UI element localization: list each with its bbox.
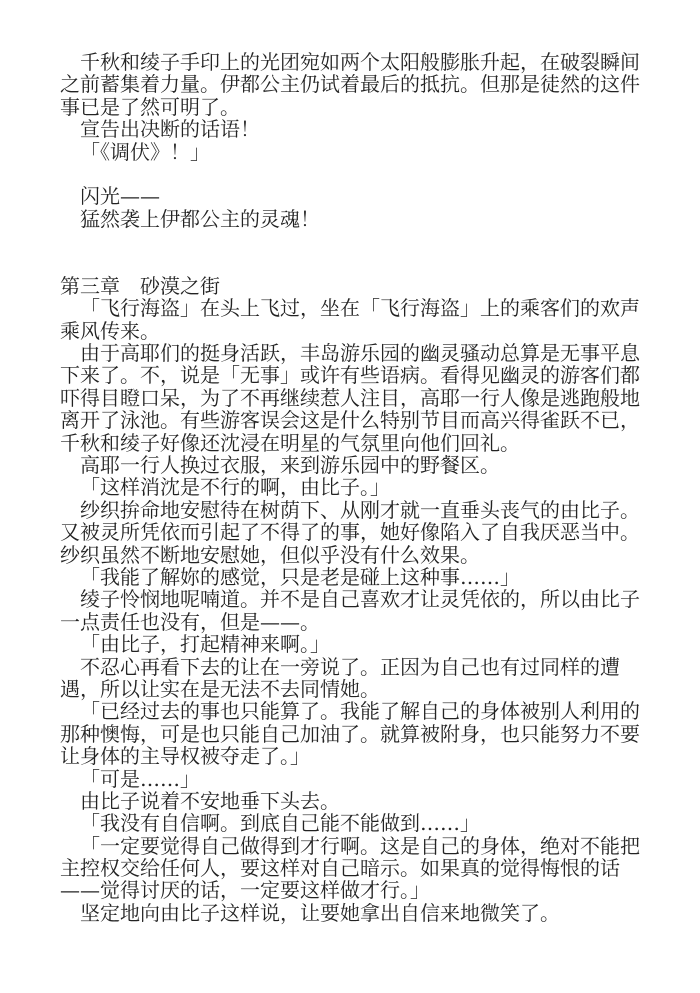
text-line: 「这样消沈是不行的啊，由比子。」	[60, 476, 644, 498]
text-line: 猛然袭上伊都公主的灵魂！	[60, 208, 644, 230]
body-text: 千秋和绫子手印上的光团宛如两个太阳般膨胀升起，在破裂瞬间之前蓄集着力量。伊都公主…	[60, 51, 644, 924]
text-line: 「已经过去的事也只能算了。我能了解自己的身体被别人利用的	[60, 700, 644, 722]
text-line: 「我能了解妳的感觉，只是老是碰上这种事……」	[60, 566, 644, 588]
text-line: 宣告出决断的话语！	[60, 118, 644, 140]
chapter-heading: 第三章 砂漠之街	[60, 275, 644, 297]
text-line	[60, 253, 644, 275]
text-line: 闪光——	[60, 185, 644, 207]
text-line: 让身体的主导权被夺走了。」	[60, 745, 644, 767]
text-line: 那种懊悔，可是也只能自己加油了。就算被附身，也只能努力不要	[60, 723, 644, 745]
text-line: 纱织拚命地安慰待在树荫下、从刚才就一直垂头丧气的由比子。	[60, 499, 644, 521]
text-line: 「可是……」	[60, 768, 644, 790]
text-line: 吓得目瞪口呆，为了不再继续惹人注目，高耶一行人像是逃跑般地	[60, 387, 644, 409]
text-line: 乘风传来。	[60, 320, 644, 342]
text-line: 绫子怜悯地呢喃道。并不是自己喜欢才让灵凭依的，所以由比子	[60, 588, 644, 610]
text-line: 离开了泳池。有些游客误会这是什么特别节目而高兴得雀跃不已，	[60, 409, 644, 431]
text-line: 纱织虽然不断地安慰她，但似乎没有什么效果。	[60, 544, 644, 566]
text-line: 坚定地向由比子这样说，让要她拿出自信来地微笑了。	[60, 902, 644, 924]
text-line: 之前蓄集着力量。伊都公主仍试着最后的抵抗。但那是徒然的这件	[60, 73, 644, 95]
text-line: 一点责任也没有，但是——。	[60, 611, 644, 633]
text-line: 事已是了然可明了。	[60, 96, 644, 118]
text-line: 「由比子，打起精神来啊。」	[60, 633, 644, 655]
text-line	[60, 163, 644, 185]
text-line: 由于高耶们的挺身活跃，丰岛游乐园的幽灵骚动总算是无事平息	[60, 342, 644, 364]
text-line: ——觉得讨厌的话，一定要这样做才行。」	[60, 879, 644, 901]
text-line: 「一定要觉得自己做得到才行啊。这是自己的身体，绝对不能把	[60, 835, 644, 857]
text-line: 由比子说着不安地垂下头去。	[60, 790, 644, 812]
text-line: 下来了。不，说是「无事」或许有些语病。看得见幽灵的游客们都	[60, 364, 644, 386]
novel-page: 千秋和绫子手印上的光团宛如两个太阳般膨胀升起，在破裂瞬间之前蓄集着力量。伊都公主…	[0, 0, 700, 993]
text-line: 主控权交给任何人，要这样对自己暗示。如果真的觉得悔恨的话	[60, 857, 644, 879]
text-line	[60, 230, 644, 252]
text-line: 高耶一行人换过衣服，来到游乐园中的野餐区。	[60, 454, 644, 476]
text-line: 千秋和绫子手印上的光团宛如两个太阳般膨胀升起，在破裂瞬间	[60, 51, 644, 73]
text-line: 遇，所以让实在是无法不去同情她。	[60, 678, 644, 700]
text-line: 不忍心再看下去的让在一旁说了。正因为自己也有过同样的遭	[60, 656, 644, 678]
text-line: 「飞行海盗」在头上飞过，坐在「飞行海盗」上的乘客们的欢声	[60, 297, 644, 319]
text-line: 千秋和绫子好像还沈浸在明星的气氛里向他们回礼。	[60, 432, 644, 454]
text-line: 「我没有自信啊。到底自己能不能做到……」	[60, 812, 644, 834]
text-line: 「《调伏》！」	[60, 141, 644, 163]
text-line: 又被灵所凭依而引起了不得了的事，她好像陷入了自我厌恶当中。	[60, 521, 644, 543]
